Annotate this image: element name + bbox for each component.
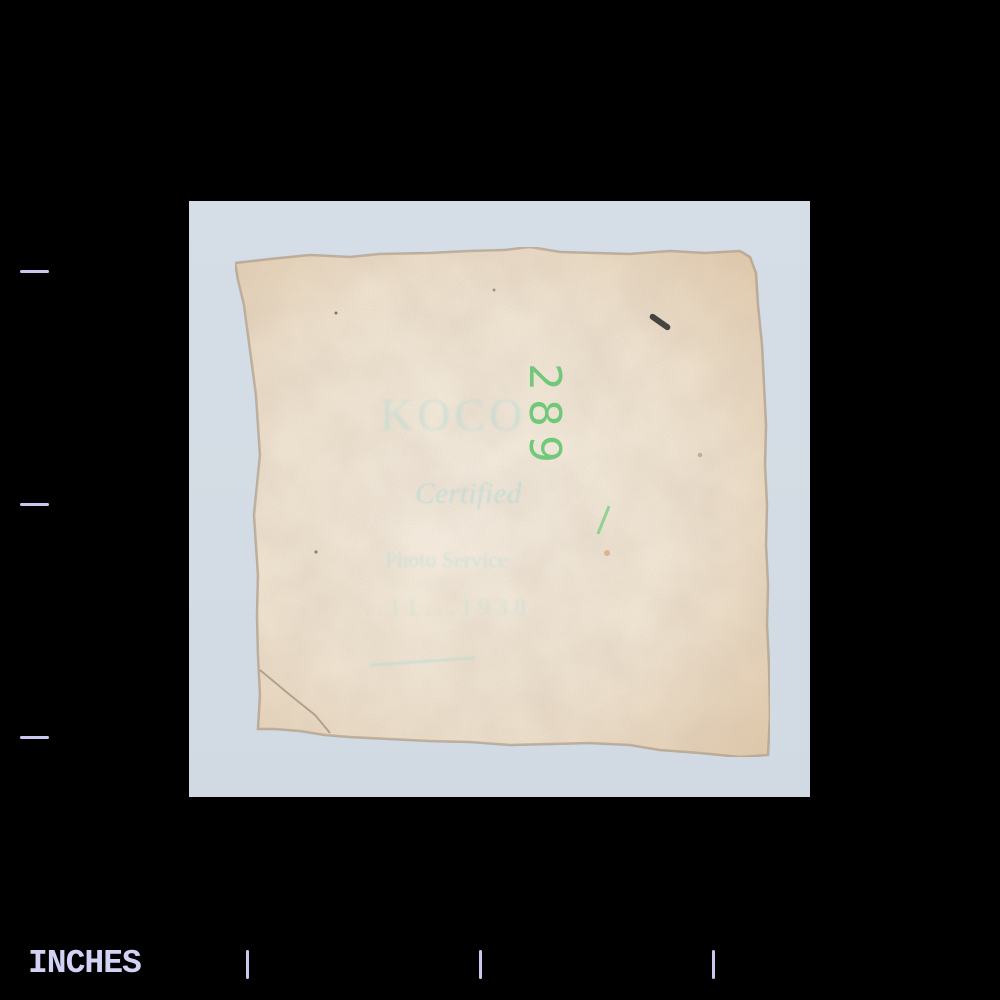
stamp-brand-text: KOCO bbox=[380, 388, 526, 441]
horizontal-ruler-tick bbox=[246, 950, 249, 979]
paper-fragment: KOCO Certified Photo Service ..11...1938… bbox=[230, 245, 780, 765]
handwritten-number: 289 bbox=[519, 363, 570, 471]
stamp-certified-text: Certified bbox=[415, 477, 522, 511]
vertical-ruler-tick bbox=[20, 503, 49, 506]
stamp-date-text: ..11...1938 bbox=[365, 595, 532, 622]
vertical-ruler-tick bbox=[20, 736, 49, 739]
horizontal-ruler-tick bbox=[712, 950, 715, 979]
scan-canvas: INCHES bbox=[0, 0, 1000, 1000]
ruler-unit-label: INCHES bbox=[28, 944, 141, 984]
vertical-ruler-tick bbox=[20, 270, 49, 273]
stamp-service-text: Photo Service bbox=[385, 547, 508, 573]
horizontal-ruler-tick bbox=[479, 950, 482, 979]
